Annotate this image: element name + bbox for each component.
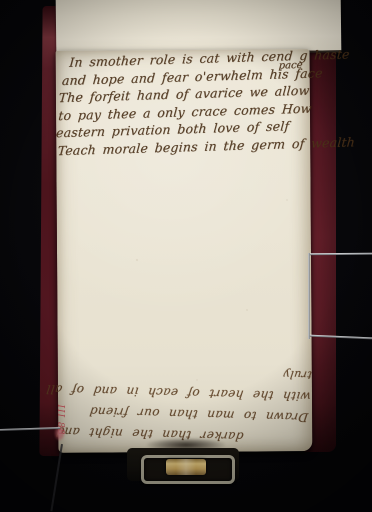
inserted-word: pace [278, 56, 303, 74]
brass-clasp-icon [166, 459, 206, 475]
mount-wire-right-vertical [308, 253, 310, 339]
handwritten-verse-top: In smother role is cat with cend g haste… [54, 46, 318, 159]
mount-wire-right-top [309, 253, 372, 256]
photograph-of-sketchbook: In smother role is cat with cend g haste… [0, 0, 372, 512]
handwritten-verse-bottom-inverted: darker than the night and Drawn to man t… [51, 352, 316, 449]
